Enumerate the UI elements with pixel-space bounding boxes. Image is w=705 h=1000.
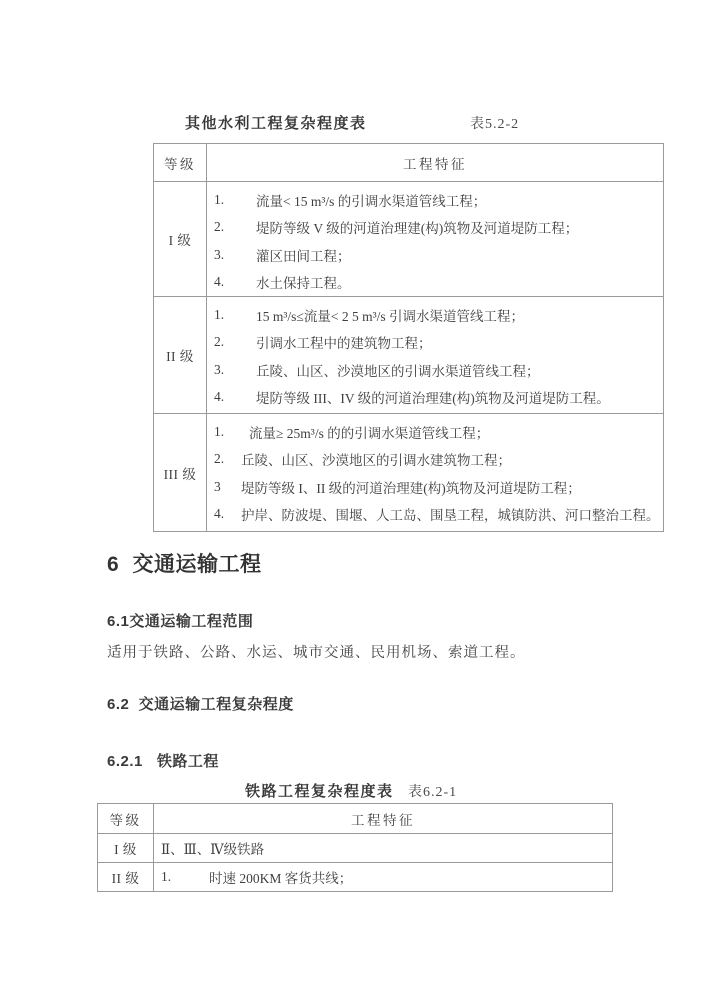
- table-row: I 级 1. 流量< 15 m³/s 的引调水渠道管线工程； 2. 堤防等级 V…: [154, 182, 664, 297]
- item-number: 2.: [214, 451, 241, 467]
- section-heading-6-1: 6.1交通运输工程范围: [107, 610, 253, 631]
- item-text: 堤防等级 I、II 级的河道治理建(构)筑物及河道堤防工程；: [241, 477, 581, 497]
- section-paragraph-6-1: 适用于铁路、公路、水运、城市交通、民用机场、索道工程。: [107, 641, 526, 662]
- list-item: 1. 15 m³/s≤流量< 2 5 m³/s 引调水渠道管线工程；: [214, 301, 661, 329]
- list-item: 2. 丘陵、山区、沙漠地区的引调水建筑物工程；: [214, 446, 661, 474]
- list-item: 3. 丘陵、山区、沙漠地区的引调水渠道管线工程；: [214, 356, 661, 384]
- item-number: 4.: [214, 506, 241, 522]
- table1-features-III: 1. 流量≥ 25m³/s 的的引调水渠道管线工程； 2. 丘陵、山区、沙漠地区…: [207, 414, 664, 532]
- item-text: 流量≥ 25m³/s 的的引调水渠道管线工程；: [249, 422, 489, 442]
- table1-features-II: 1. 15 m³/s≤流量< 2 5 m³/s 引调水渠道管线工程； 2. 引调…: [207, 297, 664, 414]
- section-heading-6: 6 交通运输工程: [107, 548, 262, 578]
- table1-caption-title: 其他水利工程复杂程度表: [185, 112, 367, 133]
- item-text: Ⅱ、Ⅲ、Ⅳ级铁路: [161, 838, 264, 858]
- table2-header-feature: 工程特征: [154, 804, 613, 834]
- list-item: 1. 流量≥ 25m³/s 的的引调水渠道管线工程；: [214, 418, 661, 446]
- list-item: 1. 流量< 15 m³/s 的引调水渠道管线工程；: [214, 186, 661, 214]
- table1-grade-II: II 级: [154, 297, 207, 414]
- item-number: 4.: [214, 389, 256, 405]
- item-text: 引调水工程中的建筑物工程；: [256, 332, 432, 352]
- item-text: 护岸、防波堤、围堰、人工岛、围垦工程，城镇防洪、河口整治工程。: [241, 504, 660, 524]
- item-text: 丘陵、山区、沙漠地区的引调水建筑物工程；: [241, 449, 511, 469]
- item-number: 1.: [214, 307, 256, 323]
- item-text: 水土保持工程。: [256, 272, 351, 292]
- item-number: 4.: [214, 274, 256, 290]
- item-text: 堤防等级 V 级的河道治理建(构)筑物及河道堤防工程；: [256, 217, 578, 237]
- item-text: 灌区田间工程；: [256, 245, 351, 265]
- table1-header-feature: 工程特征: [207, 144, 664, 182]
- item-text: 15 m³/s≤流量< 2 5 m³/s 引调水渠道管线工程；: [256, 305, 524, 325]
- list-item: 3. 灌区田间工程；: [214, 241, 661, 269]
- table-row: II 级 1. 15 m³/s≤流量< 2 5 m³/s 引调水渠道管线工程； …: [154, 297, 664, 414]
- item-text: 堤防等级 III、IV 级的河道治理建(构)筑物及河道堤防工程。: [256, 387, 610, 407]
- table2-caption-title: 铁路工程复杂程度表: [245, 780, 394, 801]
- item-number: 3.: [214, 247, 256, 263]
- table2-grade-II: II 级: [98, 863, 154, 892]
- item-number: 1.: [161, 869, 209, 885]
- list-item: 4. 护岸、防波堤、围堰、人工岛、围垦工程，城镇防洪、河口整治工程。: [214, 501, 661, 529]
- item-text: 丘陵、山区、沙漠地区的引调水渠道管线工程；: [256, 360, 540, 380]
- list-item: Ⅱ、Ⅲ、Ⅳ级铁路: [161, 835, 610, 861]
- table1-water-projects: 等级 工程特征 I 级 1. 流量< 15 m³/s 的引调水渠道管线工程； 2…: [153, 143, 664, 532]
- list-item: 4. 堤防等级 III、IV 级的河道治理建(构)筑物及河道堤防工程。: [214, 384, 661, 412]
- table1-grade-I: I 级: [154, 182, 207, 297]
- list-item: 4. 水土保持工程。: [214, 269, 661, 297]
- table1-header-row: 等级 工程特征: [154, 144, 664, 182]
- item-number: 2.: [214, 219, 256, 235]
- table1-caption-number: 表5.2-2: [470, 113, 519, 133]
- item-number: 2.: [214, 334, 256, 350]
- list-item: 1. 时速 200KM 客货共线；: [161, 864, 610, 890]
- document-page: { "doc": { "colors": { "text": "#3d3d3d"…: [0, 0, 705, 1000]
- item-number: 3: [214, 479, 241, 495]
- table2-features-II: 1. 时速 200KM 客货共线；: [154, 863, 613, 892]
- table1-header-grade: 等级: [154, 144, 207, 182]
- item-text: 流量< 15 m³/s 的引调水渠道管线工程；: [256, 190, 486, 210]
- item-number: 1.: [214, 424, 249, 440]
- list-item: 2. 引调水工程中的建筑物工程；: [214, 329, 661, 357]
- table1-grade-III: III 级: [154, 414, 207, 532]
- table-row: III 级 1. 流量≥ 25m³/s 的的引调水渠道管线工程； 2. 丘陵、山…: [154, 414, 664, 532]
- table2-grade-I: I 级: [98, 834, 154, 863]
- table-row: II 级 1. 时速 200KM 客货共线；: [98, 863, 613, 892]
- table2-features-I: Ⅱ、Ⅲ、Ⅳ级铁路: [154, 834, 613, 863]
- list-item: 2. 堤防等级 V 级的河道治理建(构)筑物及河道堤防工程；: [214, 214, 661, 242]
- table2-railway-projects: 等级 工程特征 I 级 Ⅱ、Ⅲ、Ⅳ级铁路 II 级 1. 时速 200KM 客货…: [97, 803, 613, 892]
- table-row: I 级 Ⅱ、Ⅲ、Ⅳ级铁路: [98, 834, 613, 863]
- table2-header-grade: 等级: [98, 804, 154, 834]
- item-text: 时速 200KM 客货共线；: [209, 867, 352, 887]
- table1-features-I: 1. 流量< 15 m³/s 的引调水渠道管线工程； 2. 堤防等级 V 级的河…: [207, 182, 664, 297]
- table2-caption-number: 表6.2-1: [408, 781, 457, 801]
- table2-header-row: 等级 工程特征: [98, 804, 613, 834]
- section-heading-6-2-1: 6.2.1 铁路工程: [107, 750, 219, 771]
- section-heading-6-2: 6.2 交通运输工程复杂程度: [107, 693, 294, 714]
- list-item: 3 堤防等级 I、II 级的河道治理建(构)筑物及河道堤防工程；: [214, 473, 661, 501]
- item-number: 1.: [214, 192, 256, 208]
- item-number: 3.: [214, 362, 256, 378]
